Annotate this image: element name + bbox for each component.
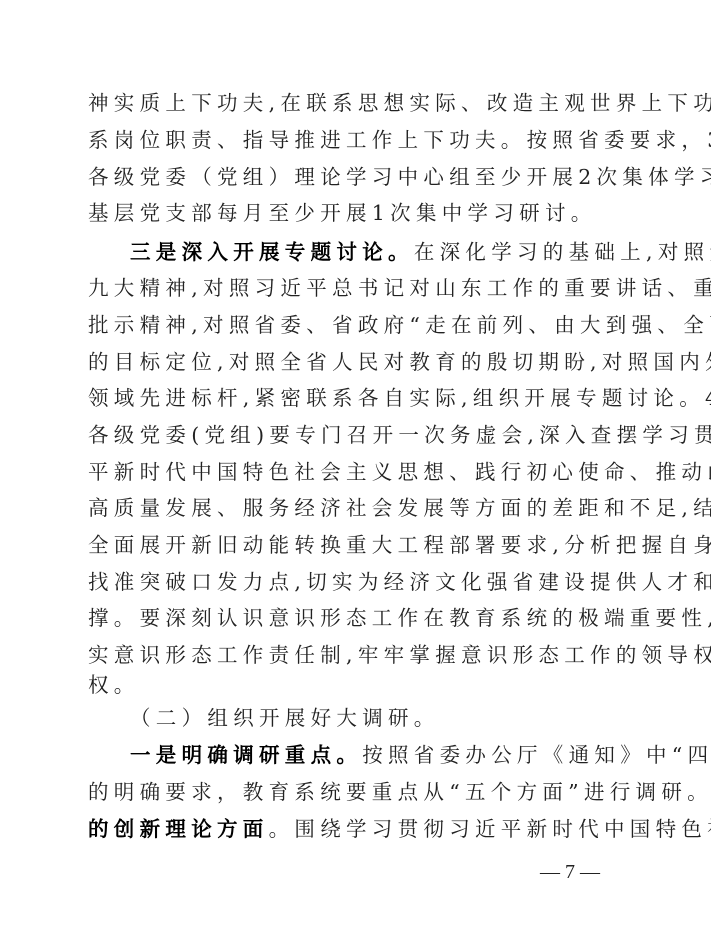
- document-page: 神实质上下功夫,在联系思想实际、改造主观世界上下功夫,在联系岗位职责、指导推进工…: [0, 0, 711, 946]
- body-text: 各级党委（党组）理论学习中心组至少开展2次集体学习研讨；: [88, 165, 711, 189]
- text-line: 神实质上下功夫,在联系思想实际、改造主观世界上下功夫,在联: [88, 88, 622, 118]
- body-text: 权。: [88, 673, 140, 697]
- text-line: 基层党支部每月至少开展1次集中学习研讨。: [88, 198, 622, 228]
- text-line: 批示精神,对照省委、省政府“走在前列、由大到强、全面求强”: [88, 310, 622, 340]
- body-text: 各级党委(党组)要专门召开一次务虚会,深入查摆学习贯彻习近: [88, 423, 711, 447]
- body-text: （二）组织开展好大调研。: [130, 706, 440, 730]
- text-line: 全面展开新旧动能转换重大工程部署要求,分析把握自身优势,: [88, 530, 622, 560]
- body-text: 高质量发展、服务经济社会发展等方面的差距和不足,结合落实: [88, 496, 711, 520]
- body-text: 系岗位职责、指导推进工作上下功夫。按照省委要求，3-4月份，: [88, 128, 711, 152]
- text-line: 高质量发展、服务经济社会发展等方面的差距和不足,结合落实: [88, 493, 622, 523]
- body-text: 平新时代中国特色社会主义思想、践行初心使命、推动山东教育: [88, 460, 711, 484]
- text-line: 领域先进标杆,紧密联系各自实际,组织开展专题讨论。4月底前,: [88, 383, 622, 413]
- body-text: 找准突破口发力点,切实为经济文化强省建设提供人才和智力支: [88, 570, 711, 594]
- text-line: 实意识形态工作责任制,牢牢掌握意识形态工作的领导权、主动: [88, 640, 622, 670]
- bold-heading-text: 的创新理论方面: [88, 817, 269, 841]
- body-text: 神实质上下功夫,在联系思想实际、改造主观世界上下功夫,在联: [88, 91, 711, 115]
- text-line: 九大精神,对照习近平总书记对山东工作的重要讲话、重要指示: [88, 273, 622, 303]
- body-text: 的明确要求，教育系统要重点从“五个方面”进行调研。: [88, 780, 711, 804]
- text-line: 的创新理论方面。围绕学习贯彻习近平新时代中国特色社会主义: [88, 814, 622, 844]
- body-text: 撑。要深刻认识意识形态工作在教育系统的极端重要性,切实落: [88, 606, 711, 630]
- body-text: 基层党支部每月至少开展1次集中学习研讨。: [88, 201, 597, 225]
- text-line: 的明确要求，教育系统要重点从“五个方面”进行调研。新时代党: [88, 777, 622, 807]
- body-text: 全面展开新旧动能转换重大工程部署要求,分析把握自身优势,: [88, 533, 711, 557]
- body-text: 实意识形态工作责任制,牢牢掌握意识形态工作的领导权、主动: [88, 643, 711, 667]
- body-text: 领域先进标杆,紧密联系各自实际,组织开展专题讨论。4月底前,: [88, 386, 711, 410]
- body-text: 批示精神,对照省委、省政府“走在前列、由大到强、全面求强”: [88, 313, 711, 337]
- body-text: 在深化学习的基础上,对照党的十: [414, 240, 711, 264]
- text-line: 各级党委（党组）理论学习中心组至少开展2次集体学习研讨；: [88, 162, 622, 192]
- text-line: 权。: [88, 670, 622, 700]
- text-line: 各级党委(党组)要专门召开一次务虚会,深入查摆学习贯彻习近: [88, 420, 622, 450]
- text-line: 的目标定位,对照全省人民对教育的殷切期盼,对照国内外教育: [88, 347, 622, 377]
- body-text: 按照省委办公厅《通知》中“四个紧扣”: [362, 743, 711, 767]
- body-text: 的目标定位,对照全省人民对教育的殷切期盼,对照国内外教育: [88, 350, 711, 374]
- text-line: 找准突破口发力点,切实为经济文化强省建设提供人才和智力支: [88, 567, 622, 597]
- text-line: （二）组织开展好大调研。: [130, 703, 622, 733]
- text-line: 一是明确调研重点。按照省委办公厅《通知》中“四个紧扣”: [130, 740, 622, 770]
- text-line: 三是深入开展专题讨论。在深化学习的基础上,对照党的十: [130, 237, 622, 267]
- bold-heading-text: 一是明确调研重点。: [130, 743, 362, 767]
- body-text: 九大精神,对照习近平总书记对山东工作的重要讲话、重要指示: [88, 276, 711, 300]
- text-line: 平新时代中国特色社会主义思想、践行初心使命、推动山东教育: [88, 457, 622, 487]
- text-line: 系岗位职责、指导推进工作上下功夫。按照省委要求，3-4月份，: [88, 125, 622, 155]
- page-number: — 7 —: [540, 858, 600, 886]
- text-line: 撑。要深刻认识意识形态工作在教育系统的极端重要性,切实落: [88, 603, 622, 633]
- body-text: 。围绕学习贯彻习近平新时代中国特色社会主义: [269, 817, 711, 841]
- bold-heading-text: 三是深入开展专题讨论。: [130, 240, 414, 264]
